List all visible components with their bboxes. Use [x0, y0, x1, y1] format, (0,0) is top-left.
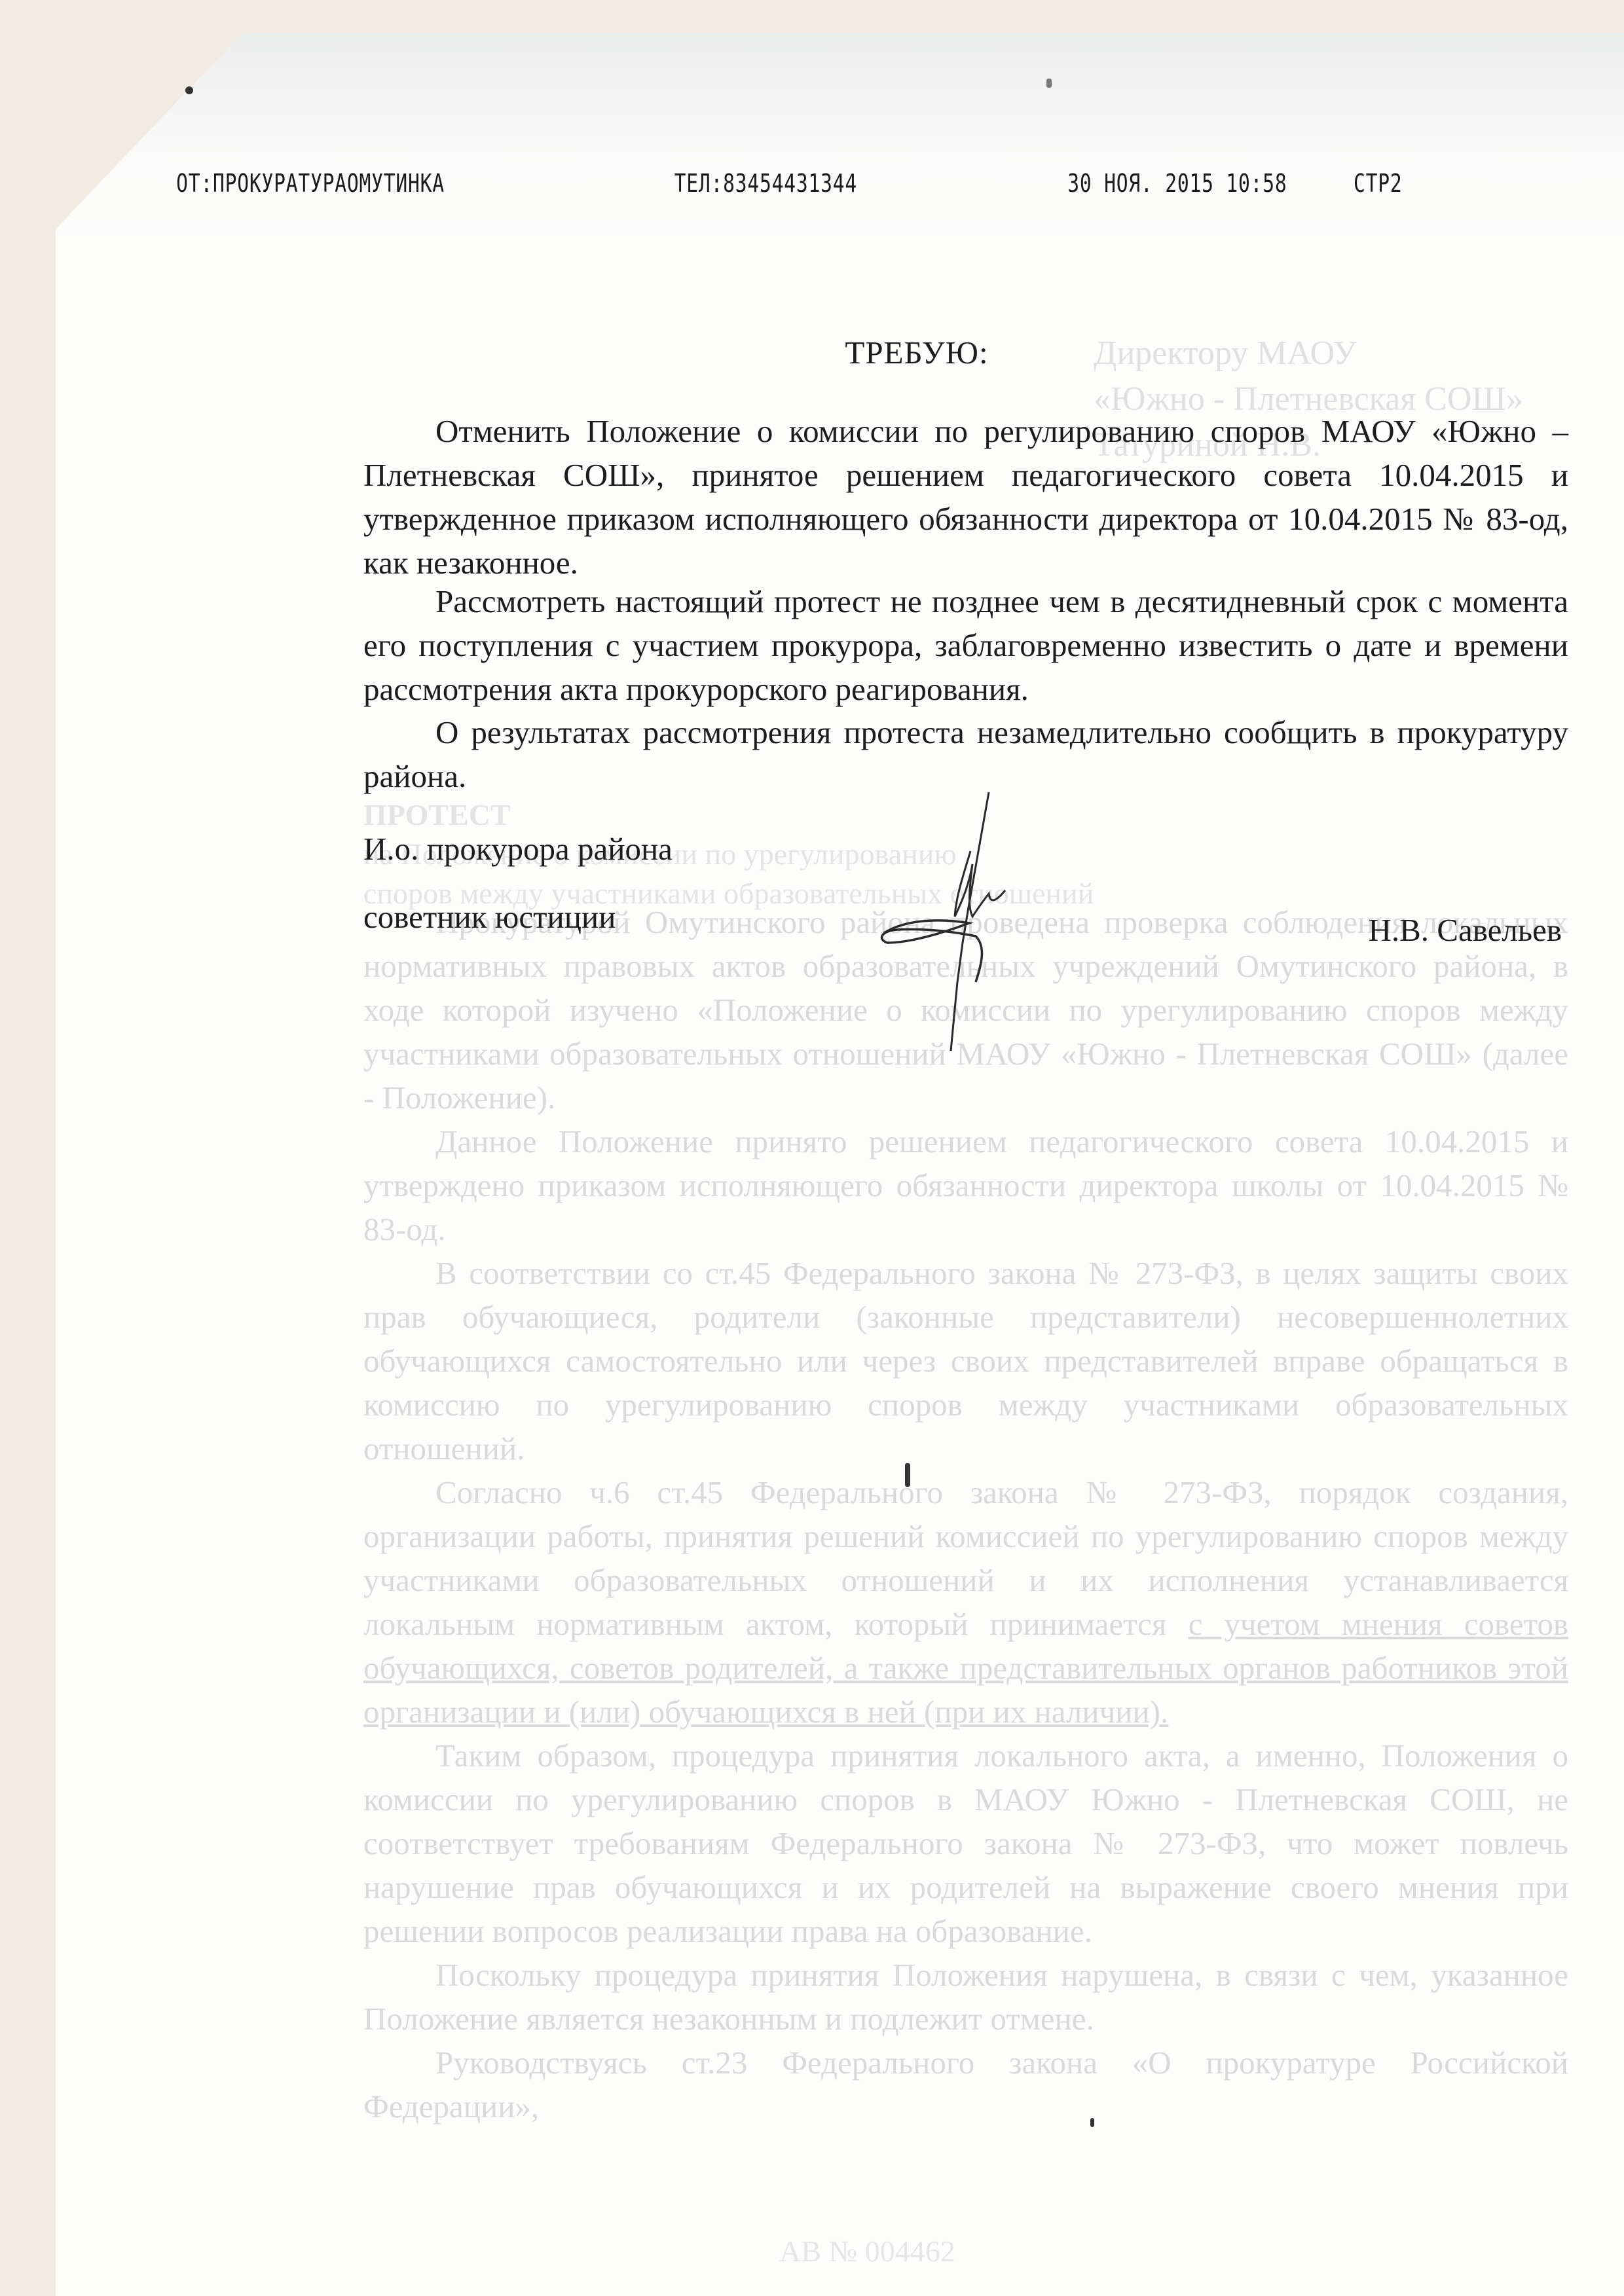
scan-speck — [905, 1463, 910, 1487]
showthrough-paragraph: Данное Положение принято решением педаго… — [363, 1120, 1568, 1251]
signatory-rank: советник юстиции — [363, 898, 616, 936]
fax-phone: ТЕЛ:83454431344 — [674, 169, 857, 198]
scan-speck — [1090, 2118, 1094, 2127]
scan-speck — [185, 86, 193, 94]
handwritten-signature-icon — [871, 786, 1054, 1054]
fax-header: ОТ:ПРОКУРАТУРАОМУТИНКА ТЕЛ:83454431344 3… — [0, 169, 1266, 202]
demand-paragraph-review: Рассмотреть настоящий протест не позднее… — [363, 579, 1568, 711]
fax-datetime: 30 НОЯ. 2015 10:58 — [1067, 169, 1287, 198]
showthrough-body: Прокуратурой Омутинского района проведен… — [363, 900, 1568, 2128]
showthrough-paragraph: Согласно ч.6 ст.45 Федерального закона №… — [363, 1470, 1568, 1734]
showthrough-paragraph: Поскольку процедура принятия Положения н… — [363, 1953, 1568, 2041]
showthrough-paragraph: Таким образом, процедура принятия локаль… — [363, 1734, 1568, 1953]
scan-speck — [1046, 79, 1052, 88]
demand-paragraph-report: О результатах рассмотрения протеста неза… — [363, 710, 1568, 798]
showthrough-page-number: АВ № 004462 — [779, 2229, 955, 2273]
signatory-position: И.о. прокурора района — [363, 830, 673, 867]
demand-paragraph-cancel: Отменить Положение о комиссии по регулир… — [363, 409, 1568, 585]
paper-fold-shadow — [56, 33, 1624, 242]
fax-sender: ОТ:ПРОКУРАТУРАОМУТИНКА — [176, 169, 445, 198]
showthrough-paragraph: В соответствии со ст.45 Федерального зак… — [363, 1251, 1568, 1470]
demand-heading: ТРЕБУЮ: — [0, 334, 1624, 371]
signatory-name: Н.В. Савельев — [1368, 911, 1562, 949]
showthrough-paragraph: Руководствуясь ст.23 Федерального закона… — [363, 2041, 1568, 2128]
fax-page-number: СТР2 — [1354, 169, 1403, 198]
